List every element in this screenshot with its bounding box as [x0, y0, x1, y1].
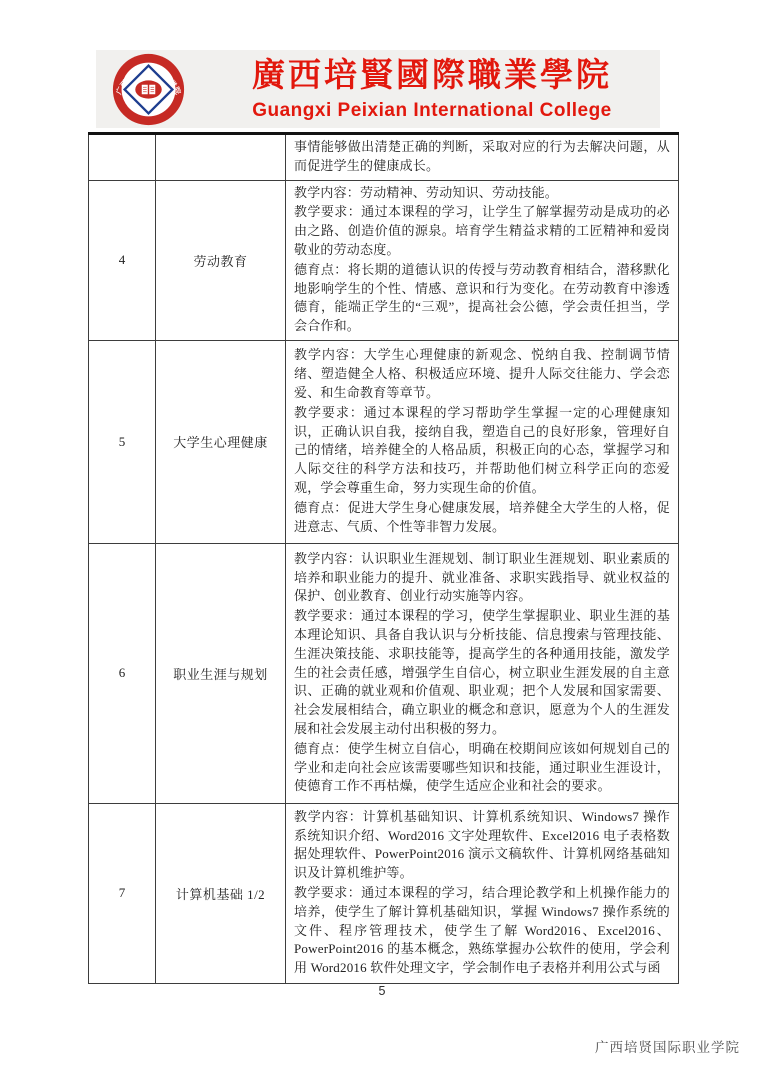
course-detail-paragraph: 教学内容：计算机基础知识、计算机系统知识、Windows7 操作系统知识介绍、W… — [294, 808, 670, 883]
course-number: 6 — [119, 665, 126, 680]
table-row: 6 职业生涯与规划 教学内容：认识职业生涯规划、制订职业生涯规划、职业素质的培养… — [89, 543, 679, 803]
course-detail-cell: 教学内容：认识职业生涯规划、制订职业生涯规划、职业素质的培养和职业能力的提升、就… — [286, 543, 679, 803]
course-detail-cell: 教学内容：劳动精神、劳动知识、劳动技能。教学要求：通过本课程的学习，让学生了解掌… — [286, 180, 679, 340]
course-detail-paragraph: 教学内容：劳动精神、劳动知识、劳动技能。 — [294, 184, 670, 203]
course-name-cell: 大学生心理健康 — [156, 340, 286, 543]
course-name-cell: 职业生涯与规划 — [156, 543, 286, 803]
table-row: 4 劳动教育 教学内容：劳动精神、劳动知识、劳动技能。教学要求：通过本课程的学习… — [89, 180, 679, 340]
college-title-block: 廣西培賢國際職業學院 Guangxi Peixian International… — [208, 53, 656, 123]
course-detail-paragraph: 德育点：使学生树立自信心，明确在校期间应该如何规划自己的学业和走向社会应该需要哪… — [294, 740, 670, 796]
course-name-cell: 计算机基础 1/2 — [156, 803, 286, 983]
course-number-cell — [89, 134, 156, 181]
course-name: 大学生心理健康 — [173, 435, 268, 450]
course-number: 5 — [119, 434, 126, 449]
course-detail-paragraph: 教学要求：通过本课程的学习，使学生掌握职业、职业生涯的基本理论知识、具备自我认识… — [294, 607, 670, 739]
course-number-cell: 6 — [89, 543, 156, 803]
course-detail-paragraph: 德育点：将长期的道德认识的传授与劳动教育相结合，潜移默化地影响学生的个性、情感、… — [294, 261, 670, 336]
course-number: 7 — [119, 885, 126, 900]
table-row: 7 计算机基础 1/2 教学内容：计算机基础知识、计算机系统知识、Windows… — [89, 803, 679, 983]
course-detail-paragraph: 事情能够做出清楚正确的判断，采取对应的行为去解决问题，从而促进学生的健康成长。 — [294, 138, 670, 176]
college-logo: 广西培贤国际职业学院 GUANGXI PEIXIAN INTERNATIONAL… — [112, 53, 185, 126]
page: { "header": { "title_zh": "廣西培賢國際職業學院", … — [0, 0, 764, 1080]
course-table: 事情能够做出清楚正确的判断，采取对应的行为去解决问题，从而促进学生的健康成长。 … — [88, 132, 679, 984]
course-detail-cell: 教学内容：计算机基础知识、计算机系统知识、Windows7 操作系统知识介绍、W… — [286, 803, 679, 983]
course-name: 职业生涯与规划 — [173, 667, 268, 682]
course-detail-paragraph: 教学要求：通过本课程的学习，让学生了解掌握劳动是成功的必由之路、创造价值的源泉。… — [294, 203, 670, 259]
course-detail-paragraph: 德育点：促进大学生身心健康发展，培养健全大学生的人格，促进意志、气质、个性等非智… — [294, 499, 670, 537]
footer-watermark: 广西培贤国际职业学院 — [595, 1036, 740, 1056]
table-row: 事情能够做出清楚正确的判断，采取对应的行为去解决问题，从而促进学生的健康成长。 — [89, 134, 679, 181]
page-number: 5 — [0, 984, 764, 998]
course-name: 计算机基础 1/2 — [176, 887, 265, 902]
course-number-cell: 5 — [89, 340, 156, 543]
header-band: 广西培贤国际职业学院 GUANGXI PEIXIAN INTERNATIONAL… — [96, 50, 660, 128]
course-number: 4 — [119, 252, 126, 267]
course-detail-paragraph: 教学内容：认识职业生涯规划、制订职业生涯规划、职业素质的培养和职业能力的提升、就… — [294, 550, 670, 606]
course-detail-cell: 教学内容：大学生心理健康的新观念、悦纳自我、控制调节情绪、塑造健全人格、积极适应… — [286, 340, 679, 543]
college-seal-icon: 广西培贤国际职业学院 GUANGXI PEIXIAN INTERNATIONAL… — [112, 53, 185, 126]
course-name-cell — [156, 134, 286, 181]
course-number-cell: 4 — [89, 180, 156, 340]
course-detail-paragraph: 教学要求：通过本课程的学习帮助学生掌握一定的心理健康知识，正确认识自我，接纳自我… — [294, 404, 670, 498]
college-title-zh: 廣西培賢國際職業學院 — [208, 53, 656, 99]
course-table-body: 事情能够做出清楚正确的判断，采取对应的行为去解决问题，从而促进学生的健康成长。 … — [89, 134, 679, 984]
course-number-cell: 7 — [89, 803, 156, 983]
college-title-en: Guangxi Peixian International College — [208, 99, 656, 123]
table-row: 5 大学生心理健康 教学内容：大学生心理健康的新观念、悦纳自我、控制调节情绪、塑… — [89, 340, 679, 543]
course-name: 劳动教育 — [193, 254, 247, 269]
course-name-cell: 劳动教育 — [156, 180, 286, 340]
course-detail-paragraph: 教学内容：大学生心理健康的新观念、悦纳自我、控制调节情绪、塑造健全人格、积极适应… — [294, 346, 670, 402]
course-detail-cell: 事情能够做出清楚正确的判断，采取对应的行为去解决问题，从而促进学生的健康成长。 — [286, 134, 679, 181]
course-detail-paragraph: 教学要求：通过本课程的学习，结合理论教学和上机操作能力的培养，使学生了解计算机基… — [294, 884, 670, 978]
